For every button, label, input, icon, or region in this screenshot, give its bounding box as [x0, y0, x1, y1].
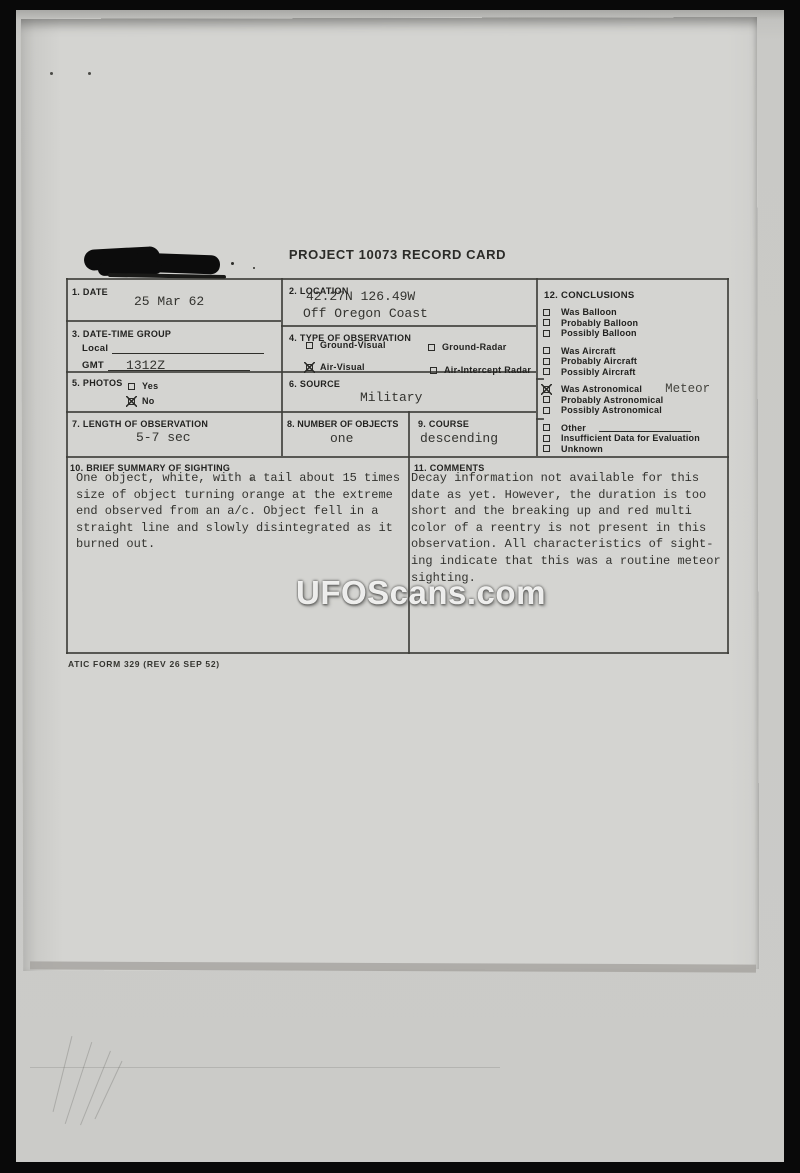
conclusion-item: Was Aircraft: [543, 346, 710, 357]
checkbox-icon: [428, 344, 435, 351]
gmt-time-row: GMT 1312Z: [82, 358, 250, 371]
table-line: [408, 411, 410, 654]
date-field: 1. DATE: [72, 282, 108, 300]
table-line: [66, 278, 729, 280]
form-number: ATIC FORM 329 (REV 26 SEP 52): [68, 659, 220, 669]
conclusion-item: Possibly Astronomical: [543, 405, 710, 416]
checkbox-icon: [543, 445, 550, 452]
table-line: [66, 652, 729, 654]
gmt-value: 1312Z: [108, 358, 250, 371]
checkbox-icon: [543, 435, 550, 442]
table-line: [536, 278, 538, 456]
paper-fold-line: [30, 1067, 500, 1068]
gmt-label: GMT: [82, 360, 104, 371]
conclusion-item: Probably Aircraft: [543, 356, 710, 367]
conclusions-aircraft-group: Was Aircraft Probably Aircraft Possibly …: [543, 346, 710, 378]
location-coords: 42.27N 126.49W: [306, 289, 415, 304]
option-ground-visual: Ground-Visual: [306, 340, 386, 350]
conclusions-astronomical-group: Was Astronomical Meteor Probably Astrono…: [543, 384, 710, 416]
table-line: [281, 278, 283, 456]
conclusion-item: Other: [543, 423, 710, 434]
checkbox-icon: [306, 342, 313, 349]
other-fill-line: [599, 423, 691, 432]
checkbox-icon: [128, 383, 135, 390]
table-line: [66, 411, 536, 413]
option-air-visual: Air-Visual: [306, 362, 365, 372]
checkbox-icon: [543, 407, 550, 414]
watermark: UFOScans.com: [296, 574, 546, 612]
table-line: [66, 278, 68, 654]
photos-field: 5. PHOTOS: [72, 373, 123, 391]
conclusion-item: Was Astronomical Meteor: [543, 384, 710, 395]
table-line: [727, 278, 729, 654]
checkbox-icon: [543, 386, 550, 393]
option-ground-radar: Ground-Radar: [428, 342, 507, 352]
checkbox-icon: [543, 424, 550, 431]
date-time-group-label: 3. DATE-TIME GROUP: [72, 329, 171, 339]
checkbox-icon: [543, 309, 550, 316]
source-field: 6. SOURCE: [289, 374, 340, 392]
conclusion-item: Probably Balloon: [543, 318, 710, 329]
scan-speck: [50, 72, 53, 75]
comments-text: Decay information not available for this…: [411, 470, 735, 586]
table-line: [281, 325, 536, 327]
date-label: 1. DATE: [72, 287, 108, 297]
option-air-intercept-radar: Air-Intercept Radar: [430, 365, 531, 375]
conclusions-field: 12. CONCLUSIONS: [544, 285, 635, 303]
location-place: Off Oregon Coast: [303, 306, 428, 321]
date-value: 25 Mar 62: [134, 294, 204, 309]
course-value: descending: [420, 431, 498, 446]
checkbox-icon: [543, 330, 550, 337]
checkbox-icon: [543, 396, 550, 403]
checkbox-icon: [543, 368, 550, 375]
checkbox-icon: [543, 319, 550, 326]
conclusion-item: Possibly Aircraft: [543, 367, 710, 378]
course-label: 9. COURSE: [418, 419, 469, 429]
conclusions-list: Was Balloon Probably Balloon Possibly Ba…: [543, 307, 710, 461]
option-photos-yes: Yes: [128, 381, 158, 391]
checkbox-icon: [543, 347, 550, 354]
table-line: [66, 320, 281, 322]
checkbox-icon: [543, 358, 550, 365]
conclusions-label: 12. CONCLUSIONS: [544, 290, 635, 301]
source-label: 6. SOURCE: [289, 379, 340, 389]
conclusions-balloon-group: Was Balloon Probably Balloon Possibly Ba…: [543, 307, 710, 339]
local-value: [112, 340, 264, 354]
checkbox-icon: [128, 398, 135, 405]
conclusion-item: Insufficient Data for Evaluation: [543, 433, 710, 444]
brief-summary-text: One object, white, with a tail about 15 …: [76, 470, 406, 553]
local-time-row: Local: [82, 340, 264, 354]
conclusion-item: Was Balloon: [543, 307, 710, 318]
number-of-objects-label: 8. NUMBER OF OBJECTS: [287, 419, 399, 429]
local-label: Local: [82, 343, 108, 354]
scan-speck: [253, 267, 255, 269]
checkbox-icon: [306, 364, 313, 371]
conclusions-other-group: Other Insufficient Data for Evaluation U…: [543, 423, 710, 455]
option-photos-no: No: [128, 396, 155, 406]
photos-label: 5. PHOTOS: [72, 378, 123, 388]
course-field: 9. COURSE: [418, 414, 469, 432]
length-of-observation-value: 5-7 sec: [136, 430, 191, 445]
number-of-objects-value: one: [330, 431, 353, 446]
length-of-observation-label: 7. LENGTH OF OBSERVATION: [72, 419, 208, 429]
scan-speck: [88, 72, 91, 75]
checkbox-icon: [430, 367, 437, 374]
astronomical-note: Meteor: [665, 382, 710, 396]
number-of-objects-field: 8. NUMBER OF OBJECTS: [287, 414, 399, 432]
source-value: Military: [360, 390, 422, 405]
conclusion-item: Possibly Balloon: [543, 328, 710, 339]
conclusion-item: Unknown: [543, 444, 710, 455]
